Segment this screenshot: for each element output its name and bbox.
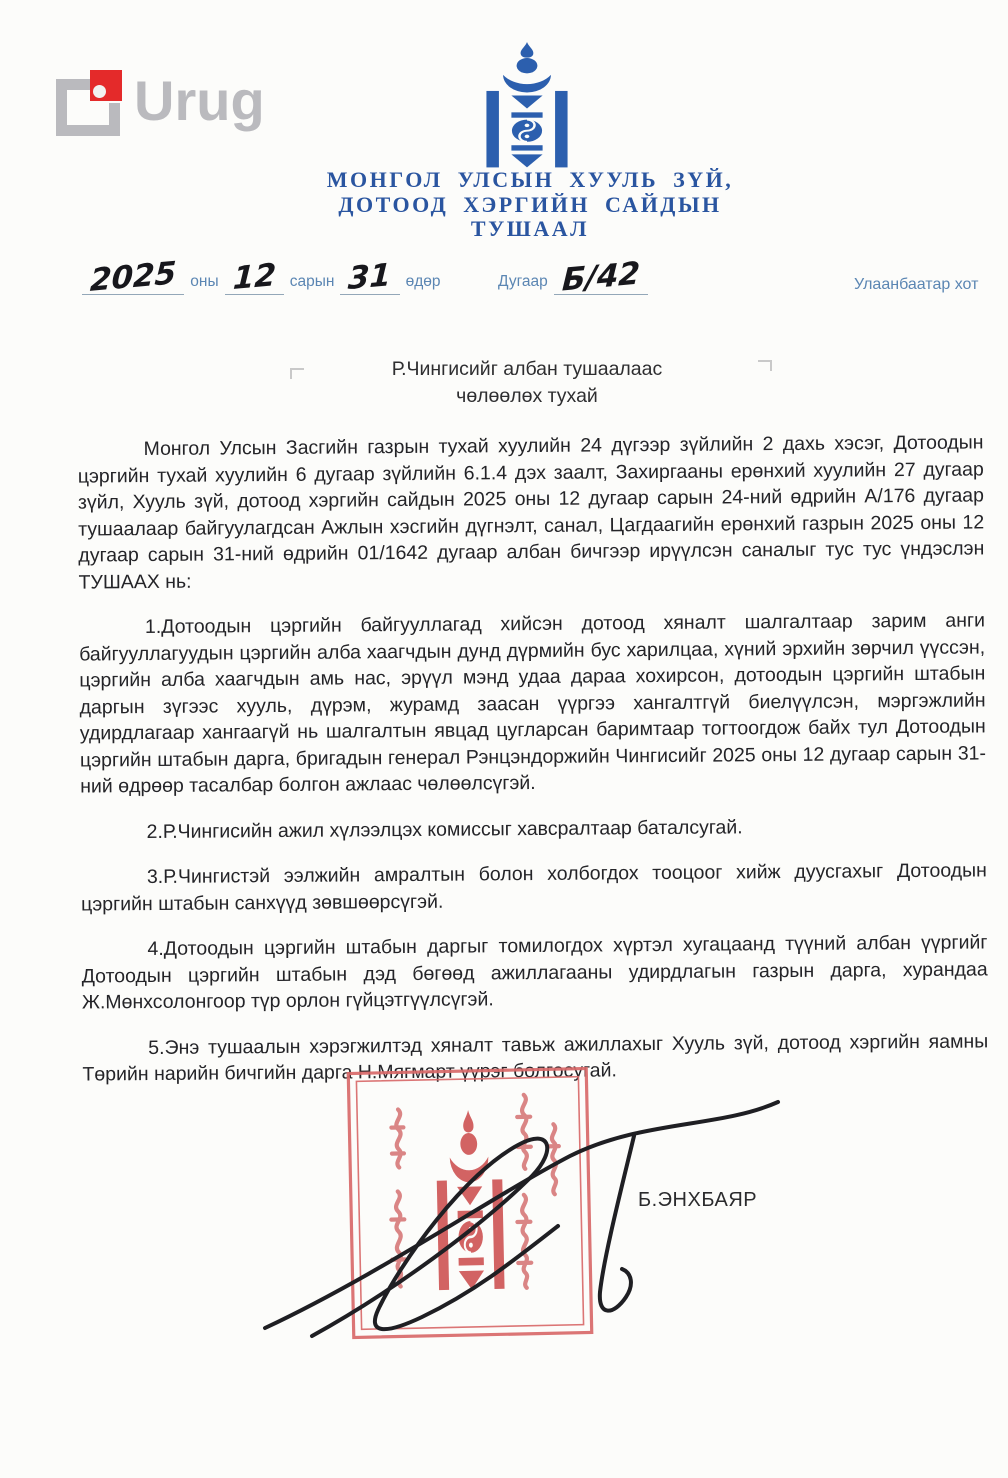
document-page: Urug МОНГОЛ УЛСЫН ХУУЛЬ ЗҮЙ, ДОТООД ХЭРГ… [0,0,1008,1478]
number-line: Дугаар Б/42 [492,260,648,295]
logo-red-square [90,70,122,101]
watermark-logo: Urug [56,70,265,136]
signatory-name: Б.ЭНХБАЯР [638,1189,757,1212]
day-label: өдөр [400,273,447,295]
month-label: сарын [284,273,341,295]
logo-corner [83,103,120,136]
order-body: Монгол Улсын Засгийн газрын тухай хуулий… [77,429,988,1088]
year-label: оны [184,273,224,295]
number-label: Дугаар [492,273,554,295]
document-title: МОНГОЛ УЛСЫН ХУУЛЬ ЗҮЙ, ДОТООД ХЭРГИЙН С… [0,168,1008,242]
city-label: Улаанбаатар хот [854,276,978,294]
day-field: 31 [340,260,399,295]
order-item-3: 3.Р.Чингистэй ээлжийн амралтын болон хол… [81,857,987,917]
subject-title: Р.Чингисийг албан тушаалаас чөлөөлөх тух… [0,356,1008,410]
meta-row: 2025 оны 12 сарын 31 өдөр Дугаар Б/42 Ул… [0,260,1008,312]
order-item-2: 2.Р.Чингисийн ажил хүлээлцэх комиссыг ха… [80,812,986,846]
number-field: Б/42 [554,260,648,295]
order-item-1: 1.Дотоодын цэргийн байгууллагад хийсэн д… [79,607,986,800]
subject-line: Р.Чингисийг албан тушаалаас [46,356,1008,383]
year-field: 2025 [82,260,184,295]
date-line: 2025 оны 12 сарын 31 өдөр [82,260,447,295]
title-line: ТУШААЛ [52,217,1008,242]
title-line: МОНГОЛ УЛСЫН ХУУЛЬ ЗҮЙ, [52,168,1008,193]
title-line: ДОТООД ХЭРГИЙН САЙДЫН [52,193,1008,218]
urug-frame-logo-icon [56,70,122,136]
preamble-paragraph: Монгол Улсын Засгийн газрын тухай хуулий… [77,429,984,595]
logo-dot [93,85,106,98]
month-field: 12 [225,260,284,295]
soyombo-emblem-icon [475,42,579,172]
order-item-4: 4.Дотоодын цэргийн штабын даргыг томилог… [81,929,988,1016]
logo-text: Urug [134,70,265,132]
subject-line: чөлөөлөх тухай [46,383,1008,410]
